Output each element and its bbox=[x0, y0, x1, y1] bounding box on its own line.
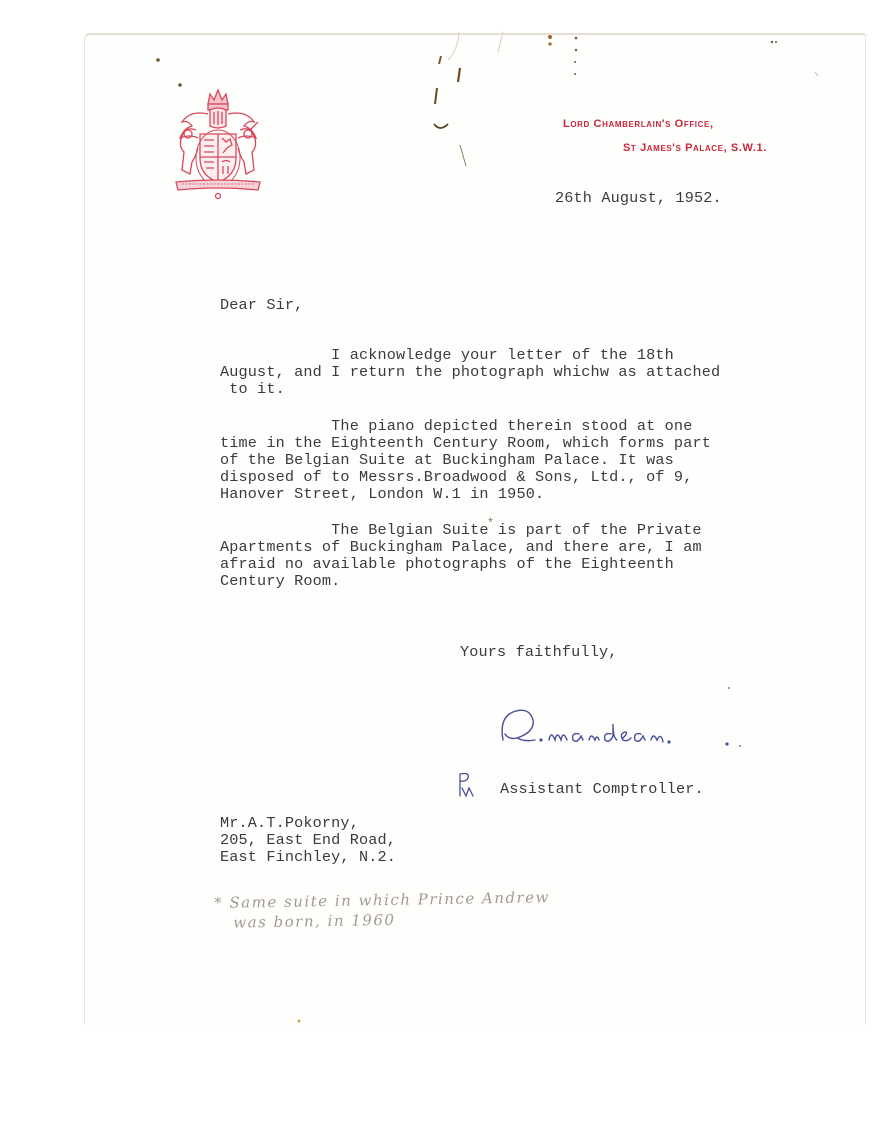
recipient-address: Mr.A.T.Pokorny, 205, East End Road, East… bbox=[220, 815, 396, 866]
royal-coat-of-arms-icon bbox=[168, 86, 268, 202]
signatory-title: Assistant Comptroller. bbox=[500, 781, 704, 798]
letterhead-office-name: Lord Chamberlain's Office, bbox=[563, 118, 714, 130]
letterhead-address: St James's Palace, S.W.1. bbox=[623, 142, 767, 154]
paragraph-piano-history: The piano depicted therein stood at one … bbox=[220, 418, 711, 503]
paragraph-belgian-suite-start: The Belgian Suite bbox=[220, 521, 489, 539]
annotation-asterisk-mark: * bbox=[487, 516, 495, 531]
paragraph-acknowledgement: I acknowledge your letter of the 18th Au… bbox=[220, 347, 720, 398]
per-pro-mark bbox=[454, 770, 478, 800]
closing: Yours faithfully, bbox=[460, 644, 618, 661]
salutation: Dear Sir, bbox=[220, 297, 303, 314]
paragraph-belgian-suite: The Belgian Suite* is part of the Privat… bbox=[220, 522, 702, 590]
signature bbox=[495, 700, 745, 760]
letter-date: 26th August, 1952. bbox=[555, 190, 722, 207]
handwritten-pencil-note: * Same suite in which Prince Andrew was … bbox=[214, 887, 550, 933]
